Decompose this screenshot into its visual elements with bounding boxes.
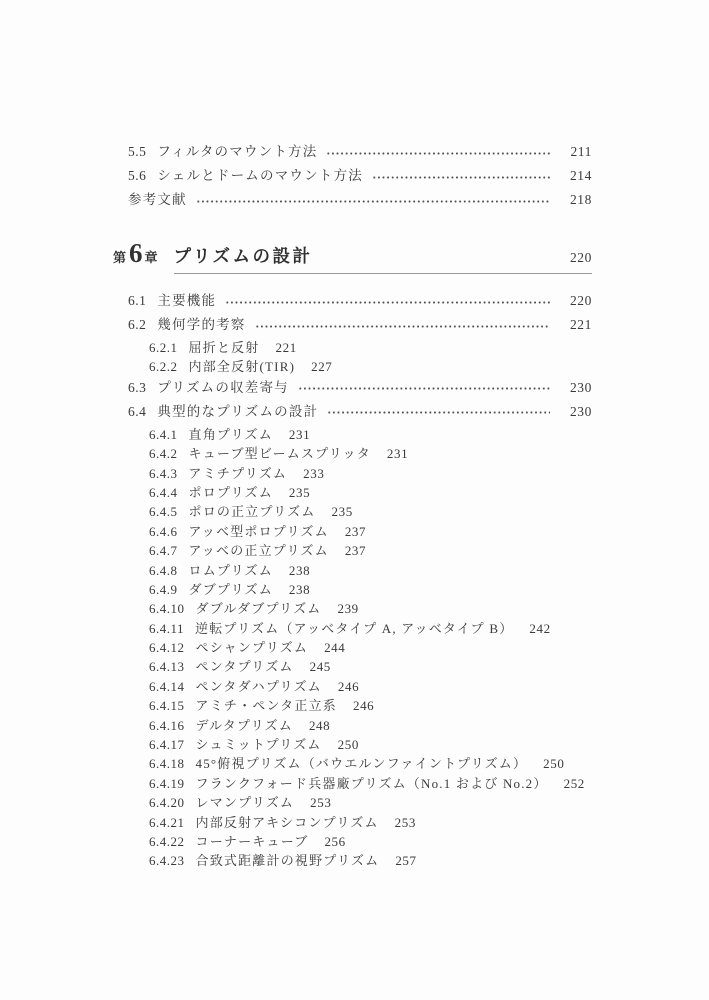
toc-row: 6.4.5ポロの正立プリズム235 [113, 501, 592, 520]
toc-row: 6.4.15アミチ・ペンタ正立系246 [113, 695, 592, 714]
dot-leader [298, 387, 550, 390]
row-page-number: 227 [311, 359, 332, 375]
toc-row: 6.4.7アッベの正立プリズム237 [113, 540, 592, 559]
row-page-number: 237 [345, 543, 366, 559]
toc-row: 5.6シェルとドームのマウント方法214 [113, 164, 592, 188]
row-number: 6.4.5 [149, 504, 178, 520]
chapter5-tail-rows: 5.5フィルタのマウント方法2115.6シェルとドームのマウント方法214参考文… [113, 140, 592, 212]
toc-row: 6.4.20レマンプリズム253 [113, 792, 592, 811]
row-page-number: 235 [332, 504, 353, 520]
row-title: ペシャンプリズム [196, 637, 309, 656]
row-title: アミチプリズム [189, 463, 288, 482]
row-title: プリズムの収差寄与 [157, 376, 289, 396]
row-page-number: 238 [289, 563, 310, 579]
row-page-number: 230 [560, 404, 592, 420]
row-number: 6.4.13 [149, 659, 185, 675]
dot-leader [372, 176, 550, 179]
toc-row: 6.4.23合致式距離計の視野プリズム257 [113, 850, 592, 869]
row-title: 参考文献 [128, 188, 187, 208]
row-page-number: 257 [395, 853, 416, 869]
scanned-toc-page: 5.5フィルタのマウント方法2115.6シェルとドームのマウント方法214参考文… [0, 0, 709, 1000]
toc-row: 6.2.2内部全反射(TIR)227 [113, 356, 592, 375]
chapter-page-number: 220 [570, 250, 592, 266]
row-title: フランクフォード兵器廠プリズム（No.1 および No.2） [196, 773, 548, 792]
toc-row: 6.4.8ロムプリズム238 [113, 560, 592, 579]
row-page-number: 235 [289, 485, 310, 501]
row-page-number: 231 [289, 427, 310, 443]
row-page-number: 246 [338, 679, 359, 695]
row-title: ダブルダブプリズム [196, 598, 322, 617]
row-page-number: 230 [560, 380, 592, 396]
row-page-number: 218 [560, 192, 592, 208]
row-title: 合致式距離計の視野プリズム [196, 850, 380, 869]
row-title: アッベ型ポロプリズム [189, 521, 329, 540]
row-number: 6.4.8 [149, 563, 178, 579]
row-title: 内部反射アキシコンプリズム [196, 812, 379, 831]
toc-row: 6.3プリズムの収差寄与230 [113, 376, 592, 400]
toc-row: 6.4.9ダブプリズム238 [113, 579, 592, 598]
row-number: 6.4.4 [149, 485, 178, 501]
chapter6-rows: 6.1主要機能2206.2幾何学的考察2216.2.1屈折と反射2216.2.2… [113, 289, 592, 870]
row-page-number: 211 [560, 144, 592, 160]
toc-row: 6.4.3アミチプリズム233 [113, 463, 592, 482]
toc-row: 6.1主要機能220 [113, 289, 592, 313]
row-number: 6.4 [128, 404, 146, 420]
toc-row: 6.2.1屈折と反射221 [113, 337, 592, 356]
row-page-number: 246 [353, 698, 374, 714]
toc-row: 6.4.21内部反射アキシコンプリズム253 [113, 812, 592, 831]
row-page-number: 250 [338, 737, 359, 753]
toc-row: 6.4.1直角プリズム231 [113, 424, 592, 443]
dot-leader [326, 152, 550, 155]
row-title: 幾何学的考察 [157, 313, 245, 333]
toc-row: 6.4.4ポロプリズム235 [113, 482, 592, 501]
row-title: アミチ・ペンタ正立系 [196, 695, 337, 714]
row-page-number: 253 [310, 795, 331, 811]
row-number: 6.4.14 [149, 679, 185, 695]
row-number: 6.4.2 [149, 446, 178, 462]
toc-row: 6.4.12ペシャンプリズム244 [113, 637, 592, 656]
row-page-number: 252 [564, 776, 585, 792]
row-title: デルタプリズム [196, 715, 293, 734]
row-page-number: 231 [387, 446, 408, 462]
row-number: 6.4.21 [149, 815, 185, 831]
dot-leader [255, 325, 550, 328]
toc-row: 6.4.1845°俯視プリズム（バウエルンファイントプリズム）250 [113, 753, 592, 772]
chapter-suffix: 章 [145, 250, 159, 265]
row-page-number: 248 [309, 718, 330, 734]
row-number: 6.4.18 [149, 756, 185, 772]
row-number: 6.3 [128, 380, 146, 396]
row-number: 6.4.1 [149, 427, 178, 443]
chapter-title-rule: プリズムの設計 220 [174, 243, 592, 274]
row-number: 6.2 [128, 317, 146, 333]
dot-leader [225, 301, 550, 304]
row-title: 屈折と反射 [189, 337, 260, 356]
row-number: 6.4.22 [149, 834, 185, 850]
row-title: 直角プリズム [189, 424, 273, 443]
row-title: シュミットプリズム [196, 734, 322, 753]
row-number: 6.4.11 [149, 621, 184, 637]
row-page-number: 221 [560, 317, 592, 333]
row-page-number: 220 [560, 293, 592, 309]
toc-row: 6.4.6アッベ型ポロプリズム237 [113, 521, 592, 540]
row-title: フィルタのマウント方法 [157, 140, 317, 160]
row-number: 5.6 [128, 168, 146, 184]
toc-row: 6.4.17シュミットプリズム250 [113, 734, 592, 753]
row-title: ポロプリズム [189, 482, 273, 501]
row-number: 6.4.16 [149, 718, 185, 734]
row-title: ペンタダハプリズム [196, 676, 322, 695]
row-number: 6.4.15 [149, 698, 185, 714]
chapter-label: 第6章 [113, 238, 159, 269]
row-title: レマンプリズム [196, 792, 295, 811]
row-title: 逆転プリズム（アッベタイプ A, アッベタイプ B） [195, 618, 513, 637]
row-number: 6.4.7 [149, 543, 178, 559]
row-title: 内部全反射(TIR) [189, 356, 296, 375]
toc-row: 6.4.16デルタプリズム248 [113, 715, 592, 734]
row-number: 6.2.2 [149, 359, 178, 375]
toc-row: 5.5フィルタのマウント方法211 [113, 140, 592, 164]
row-page-number: 237 [345, 524, 366, 540]
toc-row: 6.4.2キューブ型ビームスプリッタ231 [113, 443, 592, 462]
row-page-number: 233 [303, 466, 324, 482]
row-title: キューブ型ビームスプリッタ [189, 443, 371, 462]
row-number: 6.4.10 [149, 601, 185, 617]
row-page-number: 238 [289, 582, 310, 598]
chapter-number: 6 [127, 238, 145, 268]
row-title: ロムプリズム [189, 560, 273, 579]
toc-row: 6.4.11逆転プリズム（アッベタイプ A, アッベタイプ B）242 [113, 618, 592, 637]
row-number: 6.4.20 [149, 795, 185, 811]
row-number: 5.5 [128, 144, 146, 160]
row-title: 典型的なプリズムの設計 [157, 400, 318, 420]
row-number: 6.4.19 [149, 776, 185, 792]
dot-leader [196, 200, 550, 203]
toc-row: 6.4.19フランクフォード兵器廠プリズム（No.1 および No.2）252 [113, 773, 592, 792]
row-title: コーナーキューブ [196, 831, 309, 850]
toc-content: 5.5フィルタのマウント方法2115.6シェルとドームのマウント方法214参考文… [113, 140, 592, 870]
toc-row: 6.4.22コーナーキューブ256 [113, 831, 592, 850]
row-title: ダブプリズム [189, 579, 273, 598]
row-page-number: 245 [310, 659, 331, 675]
chapter-title: プリズムの設計 [174, 243, 313, 268]
row-number: 6.1 [128, 293, 146, 309]
toc-row: 参考文献218 [113, 188, 592, 212]
row-title: ペンタプリズム [196, 656, 294, 675]
row-number: 6.4.23 [149, 853, 185, 869]
chapter-heading: 第6章 プリズムの設計 220 [113, 238, 592, 274]
row-title: ポロの正立プリズム [189, 501, 316, 520]
row-number: 6.4.17 [149, 737, 185, 753]
toc-row: 6.2幾何学的考察221 [113, 313, 592, 337]
row-page-number: 221 [276, 340, 297, 356]
row-page-number: 239 [337, 601, 358, 617]
row-number: 6.4.3 [149, 466, 178, 482]
row-page-number: 242 [529, 621, 550, 637]
row-page-number: 256 [324, 834, 345, 850]
dot-leader [327, 411, 550, 414]
row-number: 6.4.6 [149, 524, 178, 540]
row-number: 6.2.1 [149, 340, 178, 356]
toc-row: 6.4典型的なプリズムの設計230 [113, 400, 592, 424]
row-number: 6.4.12 [149, 640, 185, 656]
row-number: 6.4.9 [149, 582, 178, 598]
row-page-number: 244 [324, 640, 345, 656]
toc-row: 6.4.13ペンタプリズム245 [113, 656, 592, 675]
row-page-number: 253 [395, 815, 416, 831]
row-title: シェルとドームのマウント方法 [157, 164, 363, 184]
row-page-number: 214 [560, 168, 592, 184]
toc-row: 6.4.10ダブルダブプリズム239 [113, 598, 592, 617]
chapter-prefix: 第 [113, 250, 127, 265]
row-page-number: 250 [543, 756, 564, 772]
row-title: 主要機能 [157, 289, 216, 309]
row-title: アッベの正立プリズム [189, 540, 329, 559]
toc-row: 6.4.14ペンタダハプリズム246 [113, 676, 592, 695]
row-title: 45°俯視プリズム（バウエルンファイントプリズム） [196, 753, 528, 772]
